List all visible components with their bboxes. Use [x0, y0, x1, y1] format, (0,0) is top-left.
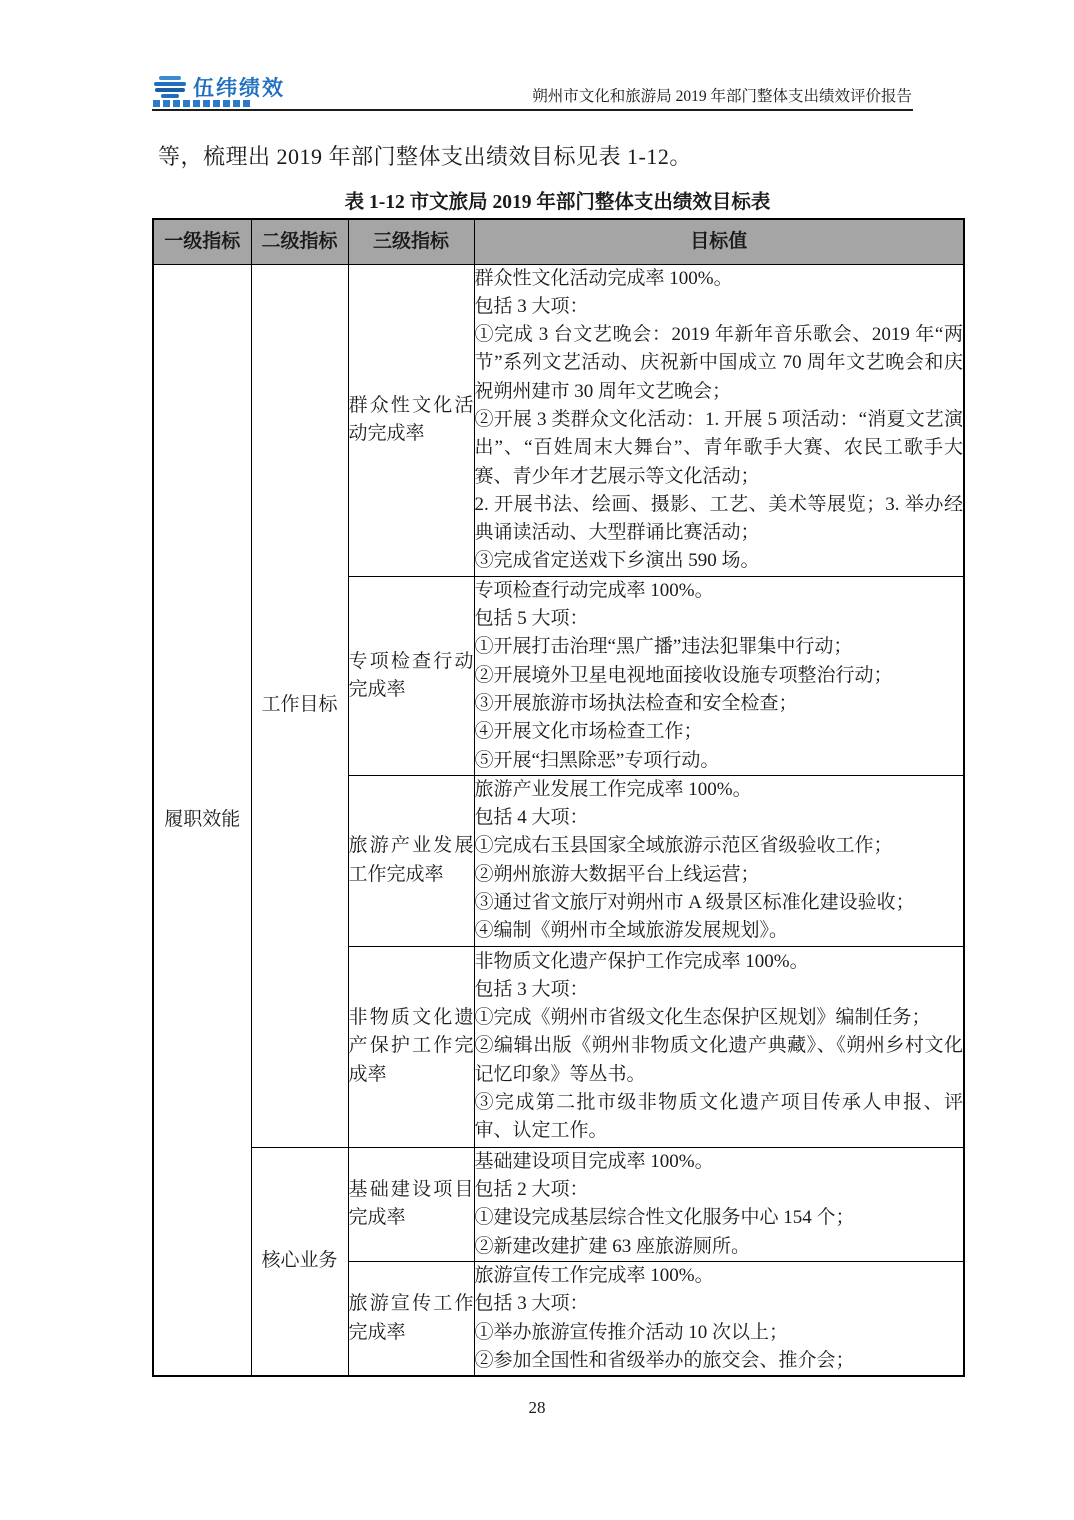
target-value-cell: 旅游产业发展工作完成率 100%。包括 4 大项：①完成右玉县国家全域旅游示范区…: [474, 775, 964, 946]
target-line: ②参加全国性和省级举办的旅交会、推介会；: [475, 1347, 964, 1375]
level2-indicator-cell: 核心业务: [251, 1147, 348, 1376]
target-value-cell: 基础建设项目完成率 100%。包括 2 大项：①建设完成基层综合性文化服务中心 …: [474, 1147, 964, 1261]
table-title: 表 1-12 市文旅局 2019 年部门整体支出绩效目标表: [152, 186, 963, 214]
target-line: 基础建设项目完成率 100%。: [475, 1148, 964, 1176]
report-header-title: 朔州市文化和旅游局 2019 年部门整体支出绩效评价报告: [532, 84, 912, 106]
target-line: ②开展 3 类群众文化活动：1. 开展 5 项活动：“消夏文艺演出”、“百姓周末…: [475, 406, 964, 491]
level3-indicator-cell: 旅游产业发展工作完成率: [348, 775, 474, 946]
target-line: 旅游产业发展工作完成率 100%。: [475, 776, 964, 804]
col-header-level2: 二级指标: [251, 219, 348, 264]
logo-text: 伍纬绩效: [193, 72, 285, 102]
level3-indicator-cell: 群众性文化活动完成率: [348, 264, 474, 576]
level3-indicator-cell: 非物质文化遗产保护工作完成率: [348, 946, 474, 1147]
col-header-level3: 三级指标: [348, 219, 474, 264]
page-number: 28: [0, 1398, 1074, 1418]
header-divider: [152, 109, 913, 111]
target-line: ①开展打击治理“黑广播”违法犯罪集中行动；: [475, 633, 964, 661]
col-header-target: 目标值: [474, 219, 964, 264]
performance-goals-table: 一级指标 二级指标 三级指标 目标值 履职效能 工作目标 群众性文化活动完成率 …: [152, 218, 965, 1377]
intro-paragraph: 等，梳理出 2019 年部门整体支出绩效目标见表 1-12。: [158, 140, 948, 171]
target-line: ②编辑出版《朔州非物质文化遗产典藏》、《朔州乡村文化记忆印象》等丛书。: [475, 1032, 964, 1089]
target-line: ②开展境外卫星电视地面接收设施专项整治行动；: [475, 662, 964, 690]
target-line: 专项检查行动完成率 100%。: [475, 577, 964, 605]
target-line: 包括 3 大项：: [475, 293, 964, 321]
target-value-cell: 专项检查行动完成率 100%。包括 5 大项：①开展打击治理“黑广播”违法犯罪集…: [474, 576, 964, 775]
target-line: ③完成省定送戏下乡演出 590 场。: [475, 547, 964, 575]
table-row: 履职效能 工作目标 群众性文化活动完成率 群众性文化活动完成率 100%。包括 …: [153, 264, 964, 576]
company-logo: 伍纬绩效: [152, 72, 285, 102]
logo-globe-stripes-icon: [152, 75, 188, 99]
target-line: ②朔州旅游大数据平台上线运营；: [475, 861, 964, 889]
target-line: ①完成 3 台文艺晚会：2019 年新年音乐歌会、2019 年“两节”系列文艺活…: [475, 321, 964, 406]
target-line: ③开展旅游市场执法检查和安全检查；: [475, 690, 964, 718]
target-line: 旅游宣传工作完成率 100%。: [475, 1262, 964, 1290]
target-value-cell: 群众性文化活动完成率 100%。包括 3 大项：①完成 3 台文艺晚会：2019…: [474, 264, 964, 576]
target-line: ③通过省文旅厅对朔州市 A 级景区标准化建设验收；: [475, 889, 964, 917]
target-line: 包括 5 大项：: [475, 605, 964, 633]
col-header-level1: 一级指标: [153, 219, 251, 264]
target-line: ①完成右玉县国家全域旅游示范区省级验收工作；: [475, 832, 964, 860]
level1-indicator-cell: 履职效能: [153, 264, 251, 1376]
target-value-cell: 非物质文化遗产保护工作完成率 100%。包括 3 大项：①完成《朔州市省级文化生…: [474, 946, 964, 1147]
table-header-row: 一级指标 二级指标 三级指标 目标值: [153, 219, 964, 264]
target-line: ①完成《朔州市省级文化生态保护区规划》编制任务；: [475, 1004, 964, 1032]
logo-squares-decoration: [153, 100, 250, 107]
document-page: 伍纬绩效 朔州市文化和旅游局 2019 年部门整体支出绩效评价报告 等，梳理出 …: [0, 0, 1074, 1520]
target-value-cell: 旅游宣传工作完成率 100%。包括 3 大项：①举办旅游宣传推介活动 10 次以…: [474, 1261, 964, 1376]
level3-indicator-cell: 旅游宣传工作完成率: [348, 1261, 474, 1376]
target-line: 包括 3 大项：: [475, 976, 964, 1004]
level3-indicator-cell: 专项检查行动完成率: [348, 576, 474, 775]
target-line: 群众性文化活动完成率 100%。: [475, 265, 964, 293]
target-line: ①举办旅游宣传推介活动 10 次以上；: [475, 1319, 964, 1347]
target-line: 非物质文化遗产保护工作完成率 100%。: [475, 948, 964, 976]
goals-table-wrapper: 一级指标 二级指标 三级指标 目标值 履职效能 工作目标 群众性文化活动完成率 …: [152, 218, 963, 1377]
target-line: ③完成第二批市级非物质文化遗产项目传承人申报、评审、认定工作。: [475, 1089, 964, 1146]
target-line: ②新建改建扩建 63 座旅游厕所。: [475, 1233, 964, 1261]
level2-indicator-cell: 工作目标: [251, 264, 348, 1147]
target-line: ④编制《朔州市全域旅游发展规划》。: [475, 917, 964, 945]
target-line: ④开展文化市场检查工作；: [475, 718, 964, 746]
target-line: 2. 开展书法、绘画、摄影、工艺、美术等展览；3. 举办经典诵读活动、大型群诵比…: [475, 491, 964, 548]
target-line: 包括 4 大项：: [475, 804, 964, 832]
target-line: 包括 3 大项：: [475, 1290, 964, 1318]
table-row: 核心业务 基础建设项目完成率 基础建设项目完成率 100%。包括 2 大项：①建…: [153, 1147, 964, 1261]
target-line: ⑤开展“扫黑除恶”专项行动。: [475, 747, 964, 775]
target-line: 包括 2 大项：: [475, 1176, 964, 1204]
target-line: ①建设完成基层综合性文化服务中心 154 个；: [475, 1204, 964, 1232]
level3-indicator-cell: 基础建设项目完成率: [348, 1147, 474, 1261]
